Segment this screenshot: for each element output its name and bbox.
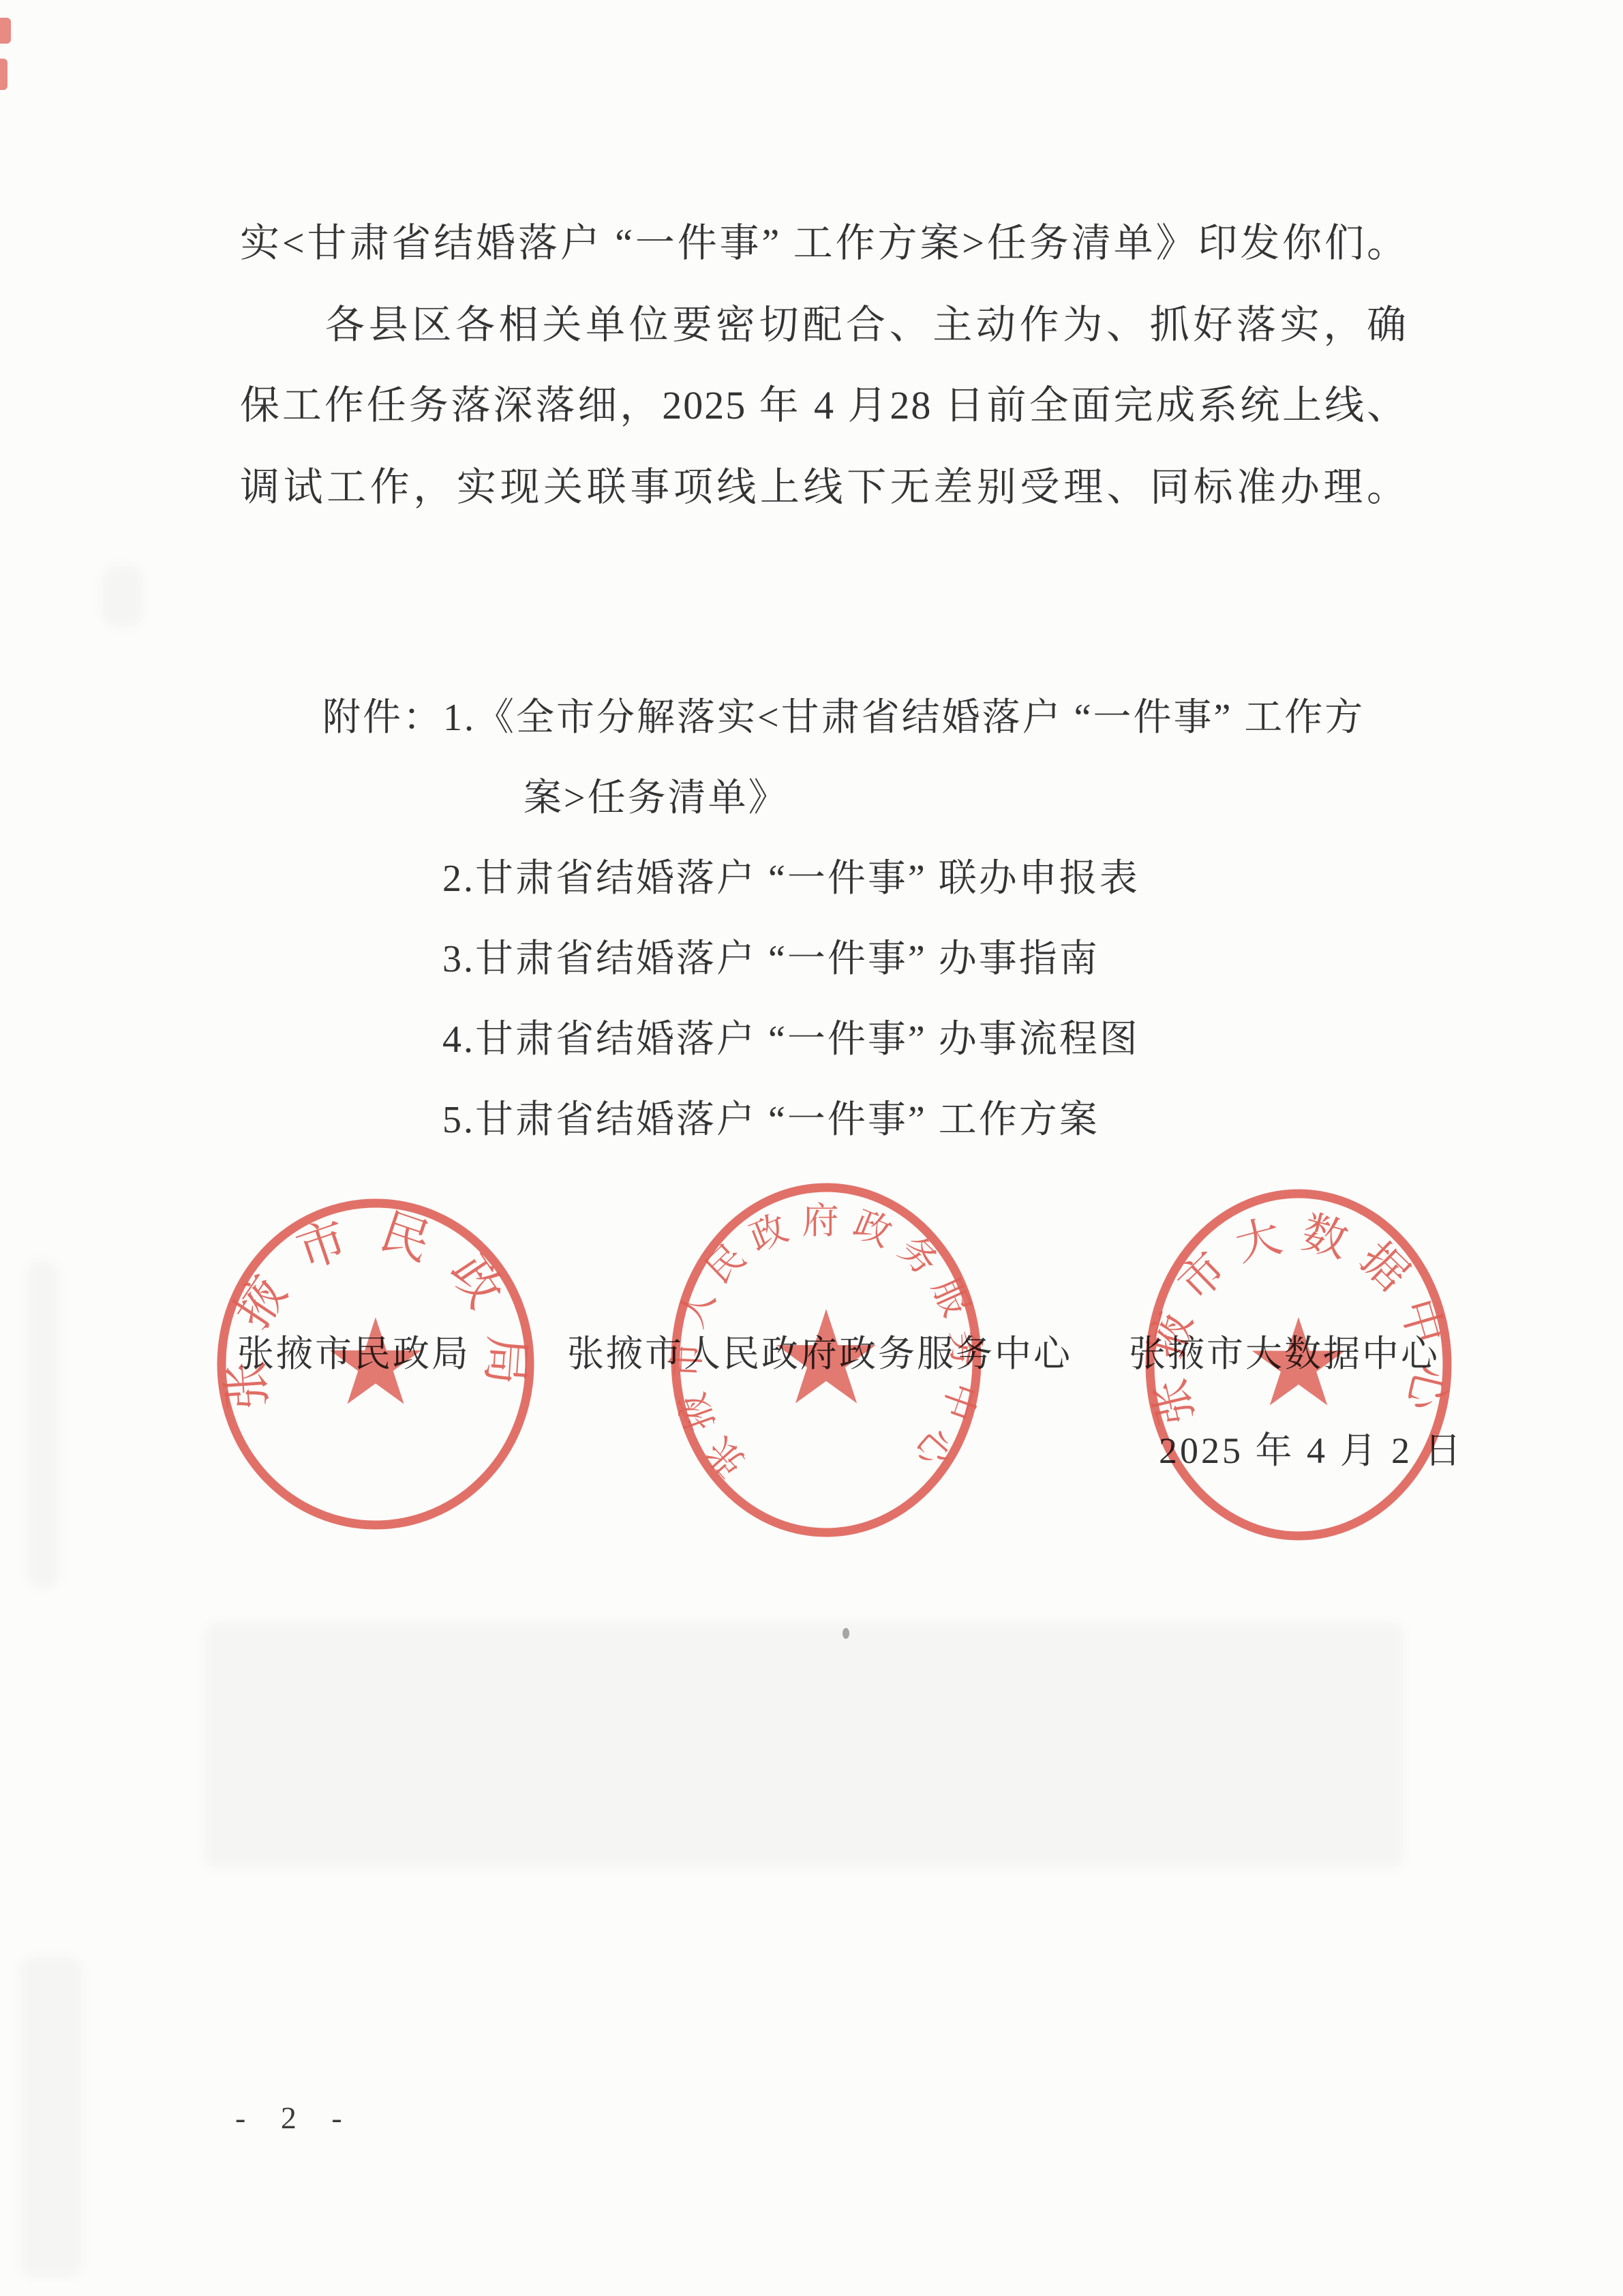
bleed-through-smudge: [102, 566, 143, 627]
signature-agency-gov-service-center: 张掖市人民政府政务服务中心: [567, 1334, 1072, 1374]
attachment-heading-line-1: 附件：1.《全市分解落实<甘肃省结婚落户 “一件事” 工作方: [322, 697, 1365, 738]
document-page: 实<甘肃省结婚落户 “一件事” 工作方案>任务清单》印发你们。 各县区各相关单位…: [0, 0, 1623, 2296]
attachment-item-5: 5.甘肃省结婚落户 “一件事” 工作方案: [442, 1100, 1099, 1141]
attachment-item-4: 4.甘肃省结婚落户 “一件事” 办事流程图: [442, 1019, 1140, 1060]
signature-agency-civil-affairs: 张掖市民政局: [237, 1334, 470, 1374]
signature-agency-big-data-center: 张掖市大数据中心: [1129, 1334, 1440, 1374]
page-number: - 2 -: [235, 2100, 356, 2136]
body-line-1: 实<甘肃省结婚落户 “一件事” 工作方案>任务清单》印发你们。: [240, 222, 1408, 265]
attachment-heading-line-2: 案>任务清单》: [524, 778, 789, 819]
attachment-item-3: 3.甘肃省结婚落户 “一件事” 办事指南: [442, 939, 1099, 980]
scan-red-edge-mark: [0, 18, 11, 44]
seal-agency-arc-text: 张掖市民政局: [217, 1204, 534, 1412]
body-line-2: 各县区各相关单位要密切配合、主动作为、抓好落实，确: [325, 304, 1408, 346]
bleed-through-smudge: [27, 1261, 59, 1588]
signature-date: 2025 年 4 月 2 日: [1159, 1421, 1464, 1474]
ink-speck: [843, 1628, 849, 1639]
bleed-through-smudge: [20, 1957, 82, 2277]
seal-agency-arc-text: 张掖市大数据中心: [1141, 1207, 1456, 1430]
attachment-item-2: 2.甘肃省结婚落户 “一件事” 联办申报表: [442, 858, 1140, 899]
scan-red-edge-mark: [0, 59, 7, 90]
body-line-4: 调试工作，实现关联事项线上线下无差别受理、同标准办理。: [240, 466, 1408, 509]
body-line-3: 保工作任务落深落细，2025 年 4 月28 日前全面完成系统上线、: [240, 384, 1408, 427]
bleed-through-smudge: [204, 1622, 1404, 1868]
